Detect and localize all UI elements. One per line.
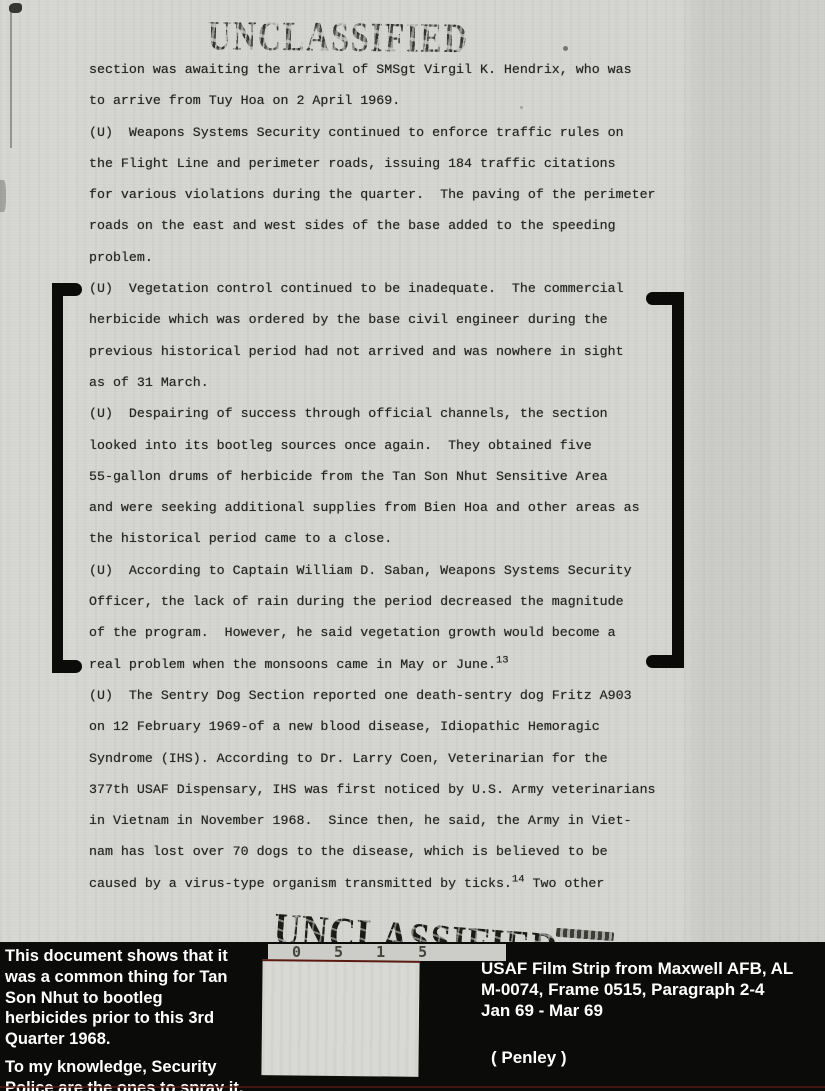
stamp-ink-smudge — [556, 928, 615, 942]
bracket-right-bottom-arm — [646, 655, 684, 668]
credit-penley: ( Penley ) — [491, 1047, 825, 1068]
bracket-left-top-arm — [52, 283, 82, 296]
typed-body-text: section was awaiting the arrival of SMSg… — [89, 54, 689, 899]
blank-film-frame-box — [261, 959, 419, 1077]
bracket-left-bar — [52, 283, 63, 673]
scanned-document-page: UNCLASSIFIED section was awaiting the ar… — [0, 0, 825, 1091]
scan-edge-smudge — [0, 180, 6, 212]
scan-bottom-red-line — [0, 1086, 825, 1088]
bracket-right-bar — [672, 292, 684, 668]
source-citation-right: USAF Film Strip from Maxwell AFB, ALM-00… — [481, 958, 825, 1068]
frame-number-strip: 0 5 1 5 — [268, 944, 506, 961]
annotation-footer: This document shows that itwas a common … — [0, 942, 825, 1091]
annotator-note-left: This document shows that itwas a common … — [5, 946, 305, 1091]
scan-edge-streak — [10, 6, 12, 148]
source-lines: USAF Film Strip from Maxwell AFB, ALM-00… — [481, 958, 825, 1021]
bracket-left-bottom-arm — [52, 660, 82, 673]
bracket-right-top-arm — [646, 292, 684, 305]
frame-number: 0 5 1 5 — [268, 944, 506, 961]
note-paragraph-1: This document shows that itwas a common … — [5, 946, 305, 1050]
ink-speck — [563, 46, 568, 51]
